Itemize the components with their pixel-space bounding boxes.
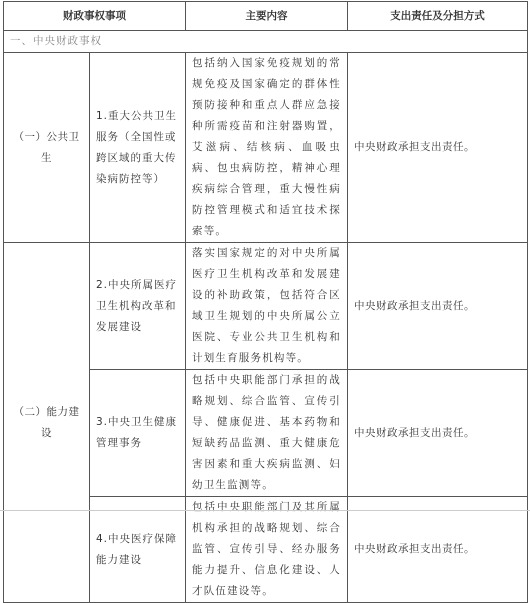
section-row: 一、中央财政事权: [4, 31, 528, 53]
header-main-content: 主要内容: [186, 2, 348, 31]
item-responsibility: 中央财政承担支出责任。: [348, 370, 528, 497]
item-name: 3.中央卫生健康管理事务: [90, 370, 186, 497]
category-capacity-building: （二）能力建设: [4, 243, 90, 514]
fiscal-responsibility-table: 财政事权事项 主要内容 支出责任及分担方式 一、中央财政事权 （一）公共卫生 1…: [3, 1, 528, 513]
header-row: 财政事权事项 主要内容 支出责任及分担方式: [4, 2, 528, 31]
table-row: （二）能力建设 2.中央所属医疗卫生机构改革和发展建设 落实国家规定的对中央所属…: [4, 243, 528, 370]
section-title: 一、中央财政事权: [4, 31, 528, 53]
item-content: 包括中央职能部门承担的战略规划、综合监管、宣传引导、健康促进、基本药物和短缺药品…: [186, 370, 348, 497]
item-responsibility: 中央财政承担支出责任。: [348, 53, 528, 243]
header-responsibility: 支出责任及分担方式: [348, 2, 528, 31]
category-public-health: （一）公共卫生: [4, 53, 90, 243]
item-content: 落实国家规定的对中央所属医疗卫生机构改革和发展建设的补助政策，包括符合区域卫生规…: [186, 243, 348, 370]
item-name: 2.中央所属医疗卫生机构改革和发展建设: [90, 243, 186, 370]
item-responsibility: 中央财政承担支出责任。: [348, 243, 528, 370]
item-content: 包括纳入国家免疫规划的常规免疫及国家确定的群体性预防接种和重点人群应急接种所需疫…: [186, 53, 348, 243]
item-name: 1.重大公共卫生服务（全国性或跨区域的重大传染病防控等）: [90, 53, 186, 243]
header-fiscal-item: 财政事权事项: [4, 2, 186, 31]
divider: [0, 510, 530, 511]
table-row: （一）公共卫生 1.重大公共卫生服务（全国性或跨区域的重大传染病防控等） 包括纳…: [4, 53, 528, 243]
